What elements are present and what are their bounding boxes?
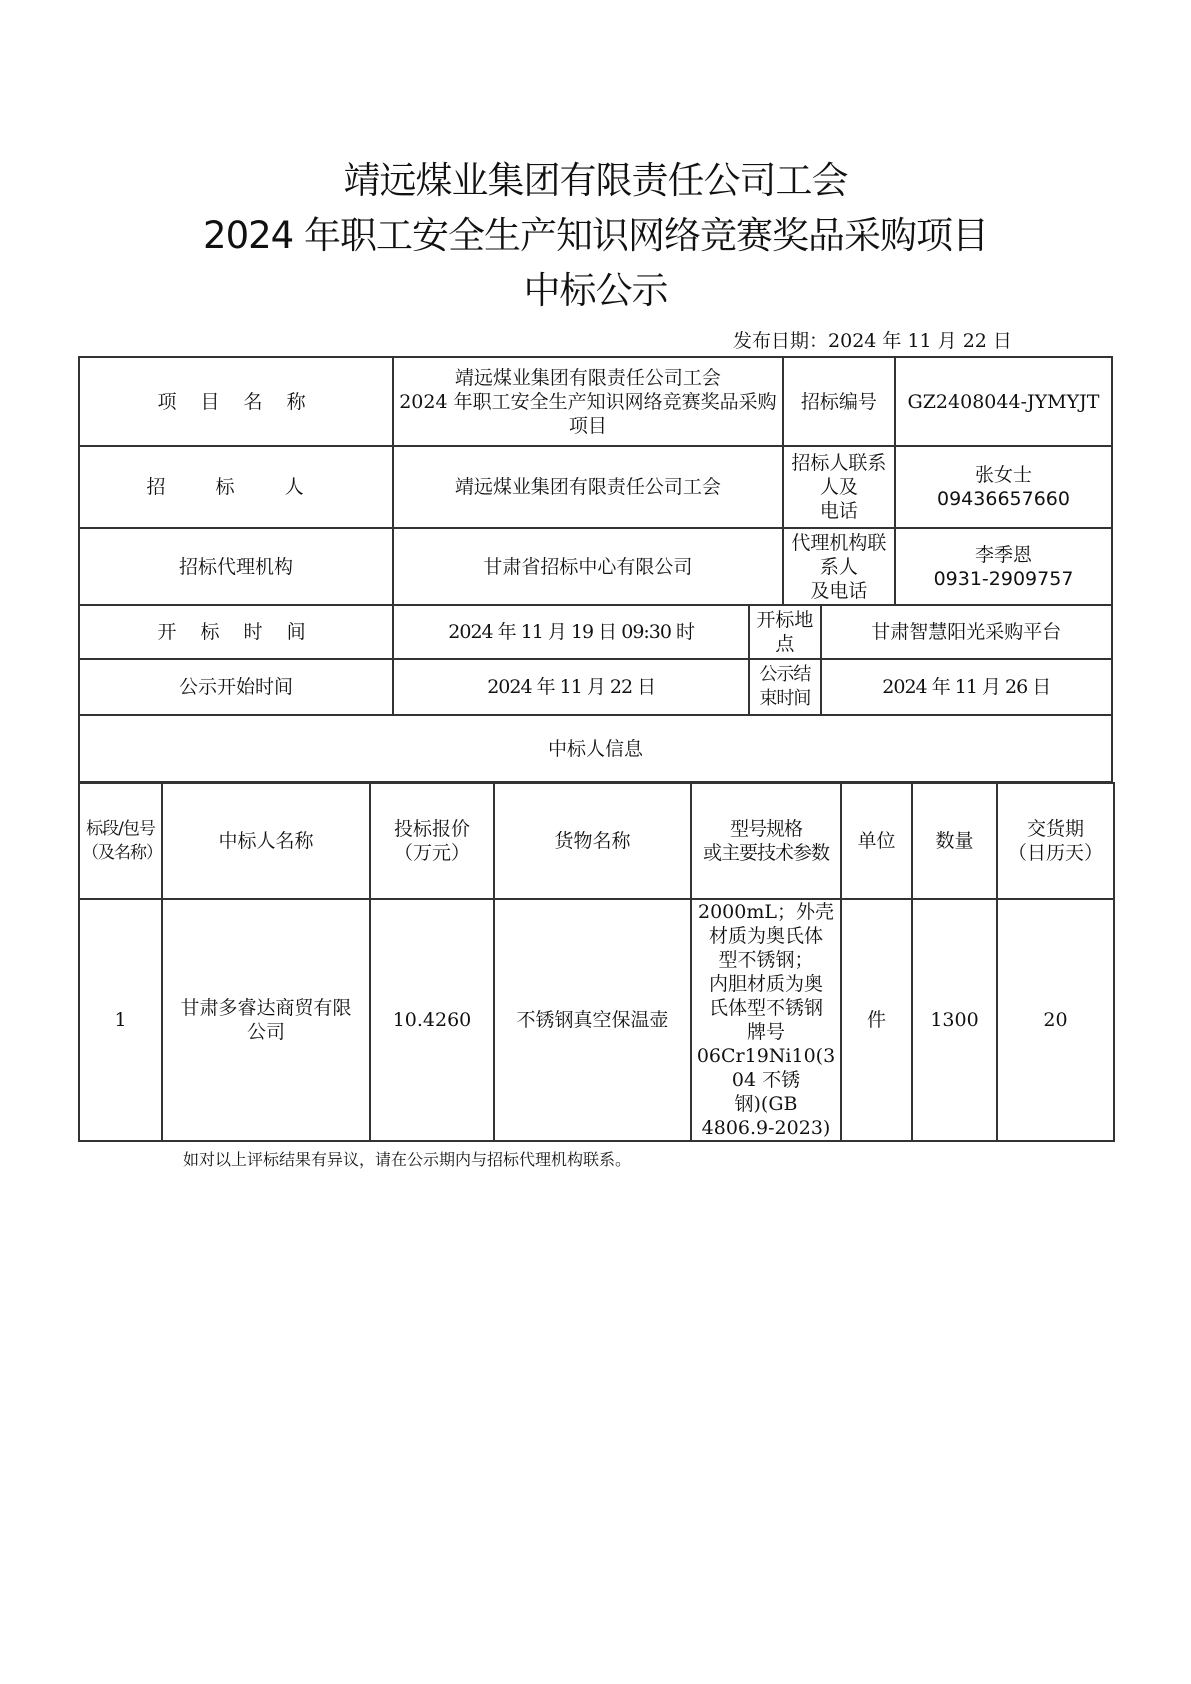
tenderer-contact-value: 张女士 09436657660	[895, 446, 1112, 528]
winner-table: 标段/包号 （及名称） 中标人名称 投标报价 （万元） 货物名称 型号规格 或主…	[78, 782, 1115, 1142]
header-goods-name: 货物名称	[494, 783, 691, 899]
winner-name: 甘肃多睿达商贸有限 公司	[162, 899, 370, 1141]
tenderer-value: 靖远煤业集团有限责任公司工会	[393, 446, 783, 528]
header-delivery: 交货期 （日历天）	[997, 783, 1114, 899]
winner-section-heading: 中标人信息	[79, 715, 1112, 782]
agency-contact-label: 代理机构联系人 及电话	[783, 528, 895, 605]
spec-params: 2000mL；外壳 材质为奥氏体 型不锈钢； 内胆材质为奥 氏体型不锈钢 牌号 …	[691, 899, 841, 1141]
quantity: 1300	[912, 899, 997, 1141]
agency-label: 招标代理机构	[79, 528, 393, 605]
delivery-days: 20	[997, 899, 1114, 1141]
agency-value: 甘肃省招标中心有限公司	[393, 528, 783, 605]
row-agency: 招标代理机构 甘肃省招标中心有限公司 代理机构联系人 及电话 李季恩 0931-…	[79, 528, 1112, 605]
row-winner-section: 中标人信息	[79, 715, 1112, 782]
document-title-line-1: 靖远煤业集团有限责任公司工会	[0, 150, 1191, 204]
header-lot: 标段/包号 （及名称）	[79, 783, 162, 899]
goods-name: 不锈钢真空保温壶	[494, 899, 691, 1141]
announcement-table: 项 目 名 称 靖远煤业集团有限责任公司工会 2024 年职工安全生产知识网络竞…	[78, 356, 1113, 783]
bid-price: 10.4260	[370, 899, 494, 1141]
winner-table-row: 1 甘肃多睿达商贸有限 公司 10.4260 不锈钢真空保温壶 2000mL；外…	[79, 899, 1114, 1141]
project-name-value: 靖远煤业集团有限责任公司工会 2024 年职工安全生产知识网络竞赛奖品采购项目	[393, 357, 783, 446]
notice-end-label: 公示结束时间	[749, 659, 820, 715]
document-title-line-3: 中标公示	[0, 260, 1191, 314]
objection-note: 如对以上评标结果有异议，请在公示期内与招标代理机构联系。	[183, 1147, 631, 1170]
row-project-name: 项 目 名 称 靖远煤业集团有限责任公司工会 2024 年职工安全生产知识网络竞…	[79, 357, 1112, 446]
row-opening: 开 标 时 间 2024 年 11 月 19 日 09:30 时 开标地点 甘肃…	[79, 605, 1112, 659]
notice-start-label: 公示开始时间	[79, 659, 393, 715]
opening-time-label: 开 标 时 间	[79, 605, 393, 659]
header-bid-price: 投标报价 （万元）	[370, 783, 494, 899]
agency-contact-value: 李季恩 0931-2909757	[895, 528, 1112, 605]
header-spec: 型号规格 或主要技术参数	[691, 783, 841, 899]
tenderer-label: 招 标 人	[79, 446, 393, 528]
publish-date-value: 2024 年 11 月 22 日	[828, 330, 1012, 352]
tenderer-contact-label: 招标人联系人及 电话	[783, 446, 895, 528]
lot-number: 1	[79, 899, 162, 1141]
header-winner-name: 中标人名称	[162, 783, 370, 899]
winner-table-header-row: 标段/包号 （及名称） 中标人名称 投标报价 （万元） 货物名称 型号规格 或主…	[79, 783, 1114, 899]
notice-start-value: 2024 年 11 月 22 日	[393, 659, 749, 715]
header-quantity: 数量	[912, 783, 997, 899]
bid-number-value: GZ2408044-JYMYJT	[895, 357, 1112, 446]
notice-end-value: 2024 年 11 月 26 日	[821, 659, 1113, 715]
opening-place-label: 开标地点	[749, 605, 820, 659]
project-name-label: 项 目 名 称	[79, 357, 393, 446]
opening-time-value: 2024 年 11 月 19 日 09:30 时	[393, 605, 749, 659]
document-title-line-2: 2024 年职工安全生产知识网络竞赛奖品采购项目	[0, 205, 1191, 259]
unit: 件	[841, 899, 912, 1141]
publish-date: 发布日期：2024 年 11 月 22 日	[733, 326, 1012, 353]
row-notice-period: 公示开始时间 2024 年 11 月 22 日 公示结束时间 2024 年 11…	[79, 659, 1112, 715]
row-tenderer: 招 标 人 靖远煤业集团有限责任公司工会 招标人联系人及 电话 张女士 0943…	[79, 446, 1112, 528]
opening-place-value: 甘肃智慧阳光采购平台	[821, 605, 1113, 659]
header-unit: 单位	[841, 783, 912, 899]
publish-date-label: 发布日期：	[733, 330, 828, 352]
bid-number-label: 招标编号	[783, 357, 895, 446]
